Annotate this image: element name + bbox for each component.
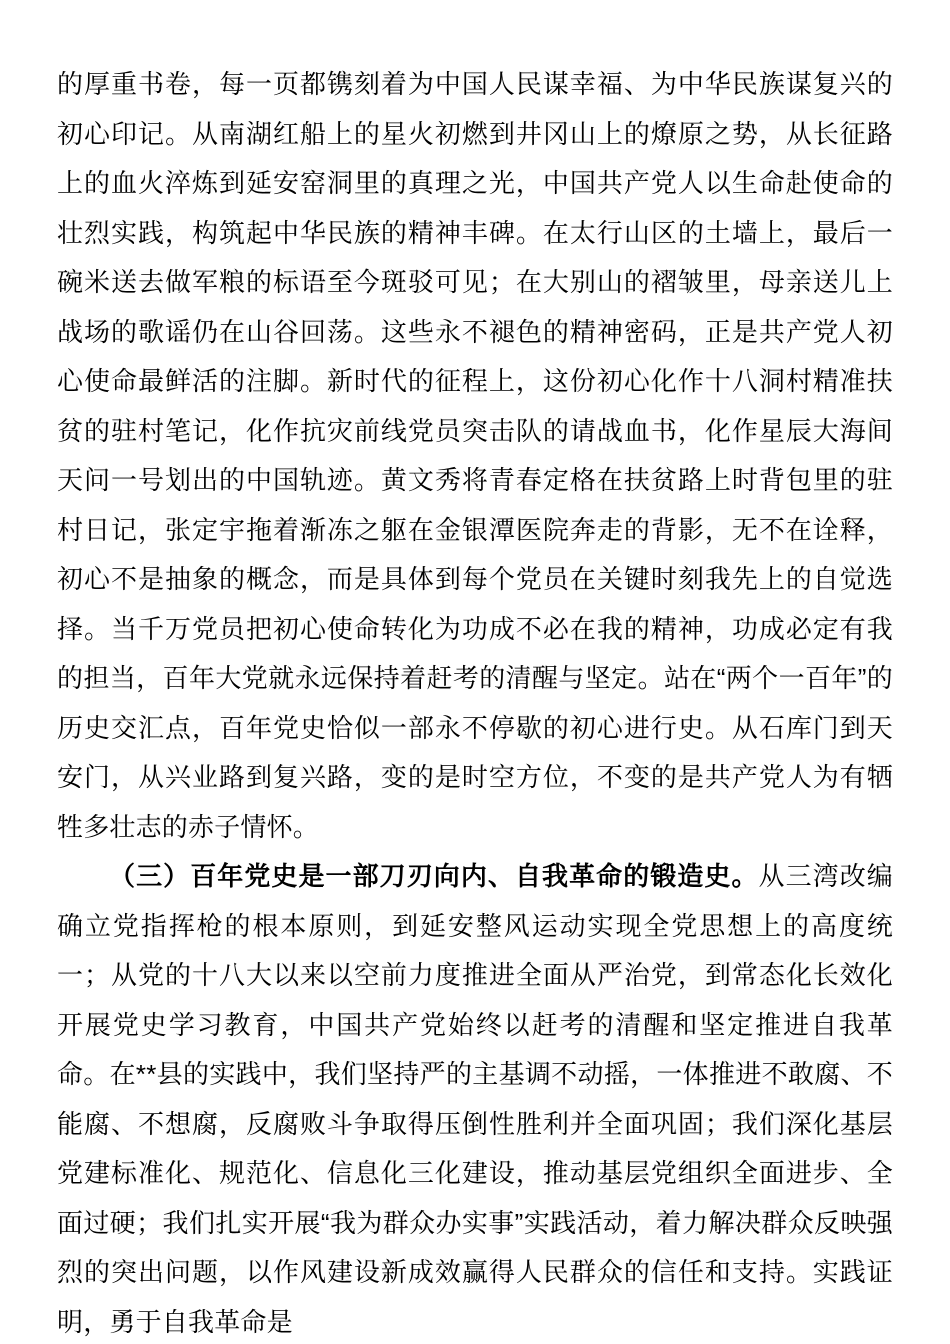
paragraph-section-three-self-revolution: （三）百年党史是一部刀刃向内、自我革命的锻造史。从三湾改编确立党指挥枪的根本原则… [57, 852, 893, 1344]
document-body: 的厚重书卷，每一页都镌刻着为中国人民谋幸福、为中华民族谋复兴的初心印记。从南湖红… [57, 60, 893, 1344]
document-page: 的厚重书卷，每一页都镌刻着为中国人民谋幸福、为中华民族谋复兴的初心印记。从南湖红… [0, 0, 950, 1344]
bold-text-run: （三）百年党史是一部刀刃向内、自我革命的锻造史。 [109, 861, 759, 891]
text-run: 从三湾改编确立党指挥枪的根本原则，到延安整风运动实现全党思想上的高度统一；从党的… [57, 861, 893, 1337]
paragraph-initial-mission-history: 的厚重书卷，每一页都镌刻着为中国人民谋幸福、为中华民族谋复兴的初心印记。从南湖红… [57, 60, 893, 852]
text-run: 的厚重书卷，每一页都镌刻着为中国人民谋幸福、为中华民族谋复兴的初心印记。从南湖红… [57, 69, 893, 842]
